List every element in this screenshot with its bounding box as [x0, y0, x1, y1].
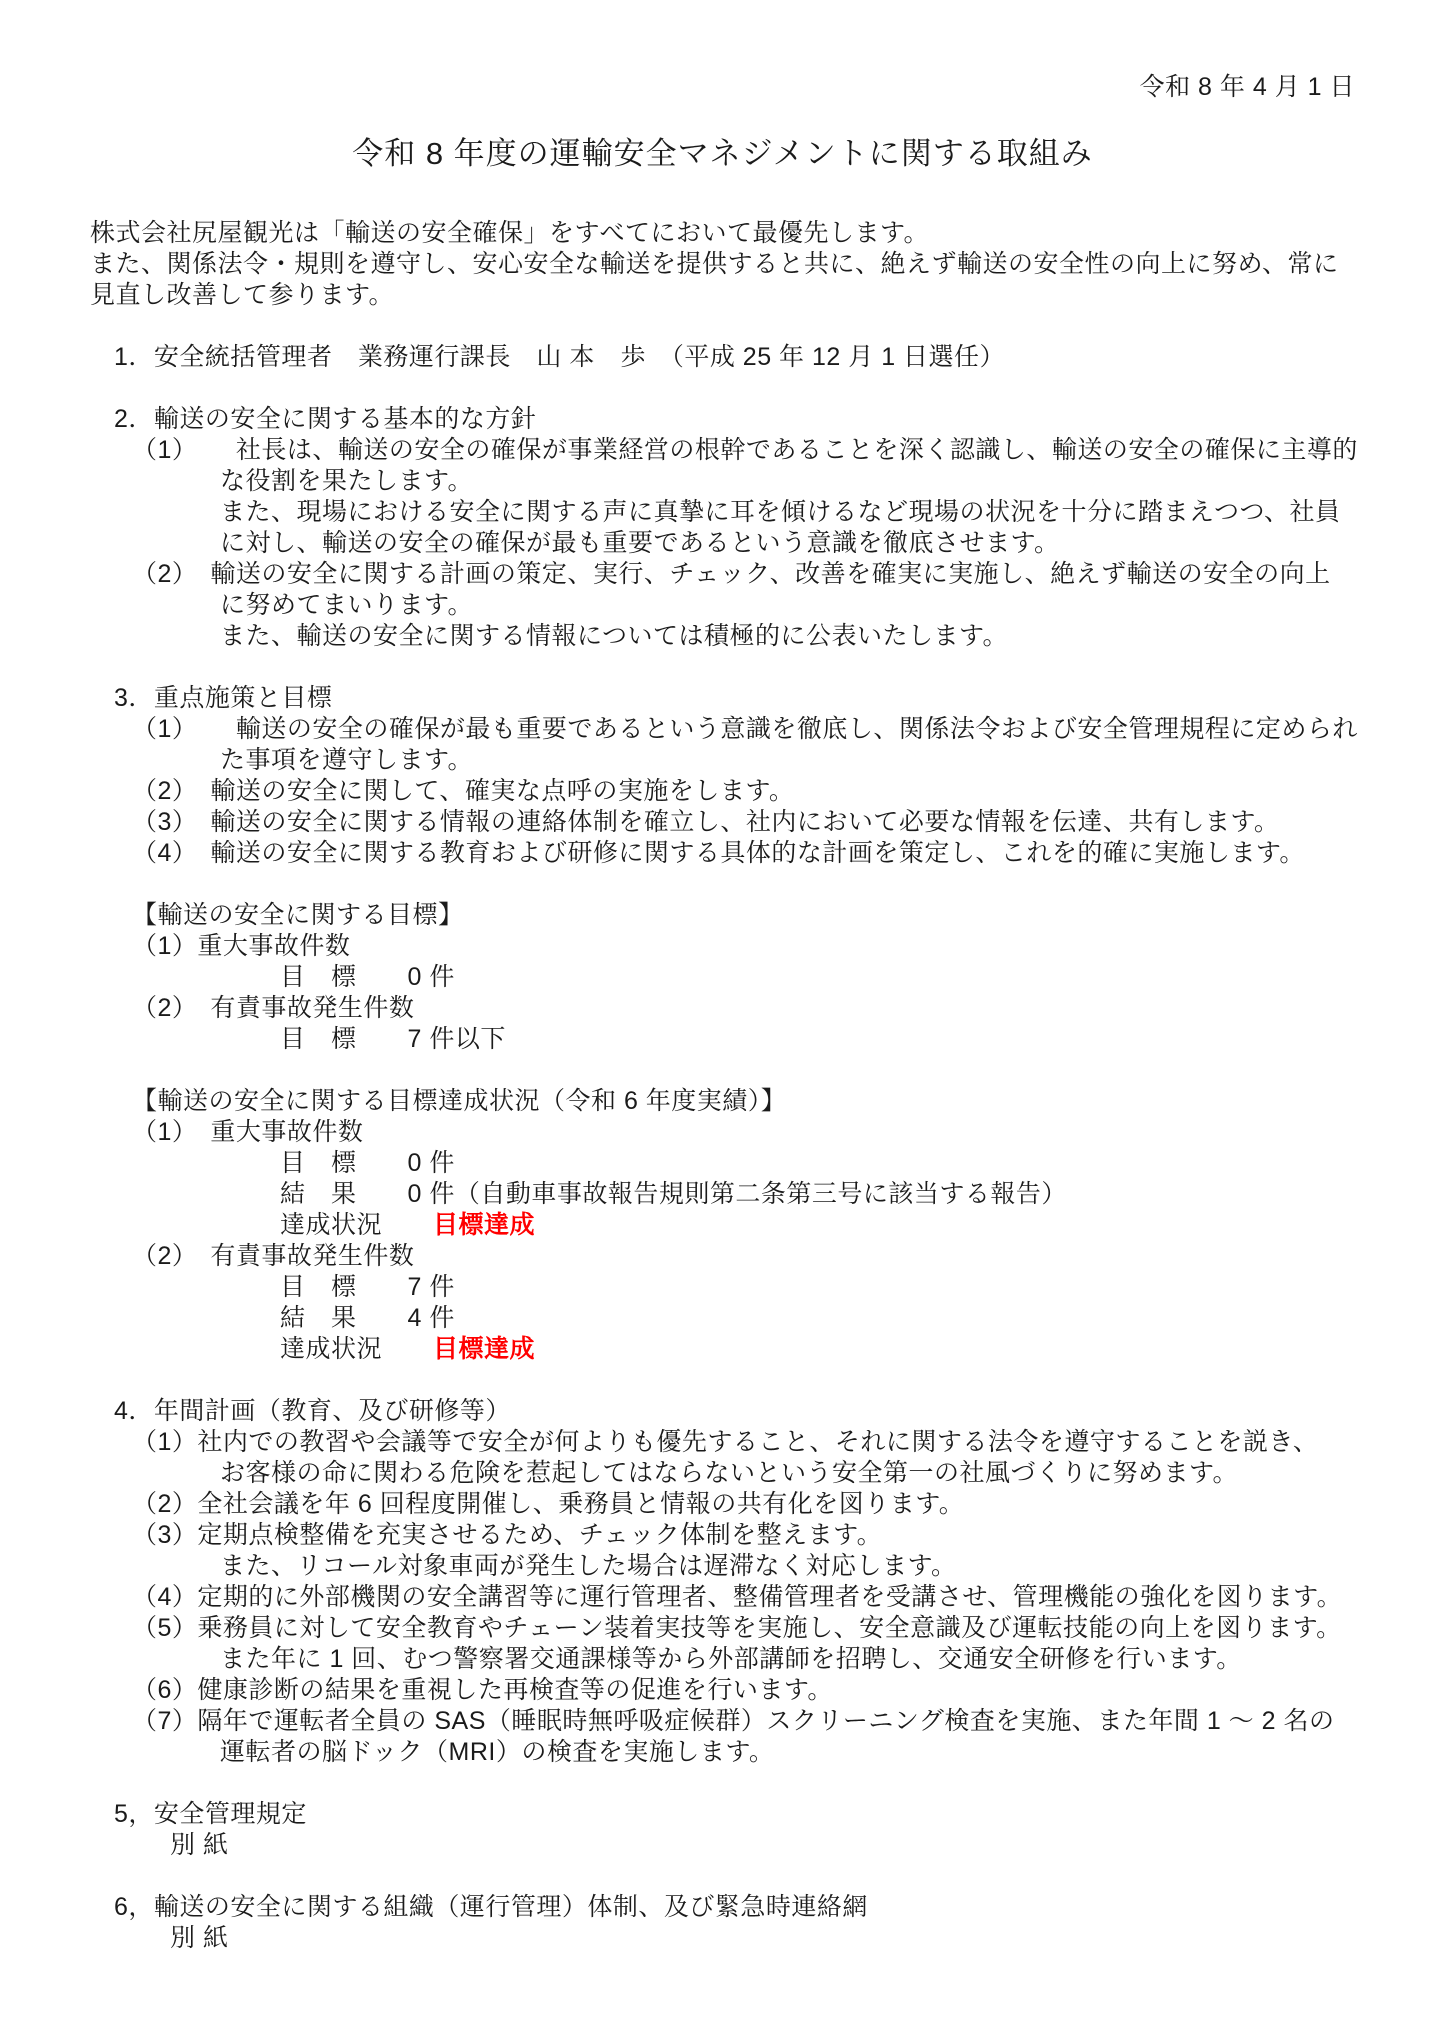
- result1-result: 結 果 0 件（自動車事故報告規則第二条第三号に該当する報告）: [90, 1179, 1355, 1210]
- section4-item7-line1: （7）隔年で運転者全員の SAS（睡眠時無呼吸症候群）スクリーニング検査を実施、…: [90, 1706, 1355, 1737]
- spacer: [90, 1365, 1355, 1396]
- section4-item5-line2: また年に 1 回、むつ警察署交通課様等から外部講師を招聘し、交通安全研修を行いま…: [90, 1644, 1355, 1675]
- section4-item6: （6）健康診断の結果を重視した再検査等の促進を行います。: [90, 1675, 1355, 1706]
- spacer: [90, 103, 1355, 134]
- result2-status-label: 達成状況: [280, 1335, 433, 1363]
- section6-attachment: 別 紙: [90, 1923, 1355, 1954]
- result2-name: （2） 有責事故発生件数: [90, 1241, 1355, 1272]
- intro-line-3: 見直し改善して参ります。: [90, 280, 1355, 311]
- safety-goals-header: 【輸送の安全に関する目標】: [90, 900, 1355, 931]
- section5-heading: 5，安全管理規定: [90, 1799, 1355, 1830]
- section4-item5-line1: （5）乗務員に対して安全教育やチェーン装着実技等を実施し、安全意識及び運転技能の…: [90, 1613, 1355, 1644]
- result2-status-value: 目標達成: [433, 1335, 535, 1363]
- section3-item3: （3） 輸送の安全に関する情報の連絡体制を確立し、社内において必要な情報を伝達、…: [90, 807, 1355, 838]
- intro-line-2: また、関係法令・規則を遵守し、安心安全な輸送を提供すると共に、絶えず輸送の安全性…: [90, 249, 1355, 280]
- section4-heading: 4．年間計画（教育、及び研修等）: [90, 1396, 1355, 1427]
- section3-item2: （2） 輸送の安全に関して、確実な点呼の実施をします。: [90, 776, 1355, 807]
- document-page: 令和 8 年 4 月 1 日 令和 8 年度の運輸安全マネジメントに関する取組み…: [0, 0, 1440, 2035]
- spacer: [90, 174, 1355, 218]
- section3-item1-line2: た事項を遵守します。: [90, 745, 1355, 776]
- document-date: 令和 8 年 4 月 1 日: [90, 72, 1355, 103]
- document-title: 令和 8 年度の運輸安全マネジメントに関する取組み: [90, 134, 1355, 174]
- spacer: [90, 1768, 1355, 1799]
- section4-item2: （2）全社会議を年 6 回程度開催し、乗務員と情報の共有化を図ります。: [90, 1489, 1355, 1520]
- result1-target: 目 標 0 件: [90, 1148, 1355, 1179]
- spacer: [90, 1861, 1355, 1892]
- section3-heading: 3．重点施策と目標: [90, 683, 1355, 714]
- section1-heading: 1．安全統括管理者 業務運行課長 山 本 歩 （平成 25 年 12 月 1 日…: [90, 342, 1355, 373]
- section4-item1-line2: お客様の命に関わる危険を惹起してはならないという安全第一の社風づくりに努めます。: [90, 1458, 1355, 1489]
- section2-item2-line2: に努めてまいります。: [90, 590, 1355, 621]
- result1-status-label: 達成状況: [280, 1211, 433, 1239]
- result1-status-value: 目標達成: [433, 1211, 535, 1239]
- spacer: [90, 652, 1355, 683]
- section3-item4: （4） 輸送の安全に関する教育および研修に関する具体的な計画を策定し、これを的確…: [90, 838, 1355, 869]
- spacer: [90, 1055, 1355, 1086]
- spacer: [90, 869, 1355, 900]
- section4-item7-line2: 運転者の脳ドック（MRI）の検査を実施します。: [90, 1737, 1355, 1768]
- goal2-name: （2） 有責事故発生件数: [90, 993, 1355, 1024]
- section2-item1-line3: また、現場における安全に関する声に真摯に耳を傾けるなど現場の状況を十分に踏まえつ…: [90, 497, 1355, 528]
- intro-line-1: 株式会社尻屋観光は「輸送の安全確保」をすべてにおいて最優先します。: [90, 218, 1355, 249]
- spacer: [90, 373, 1355, 404]
- results-header: 【輸送の安全に関する目標達成状況（令和 6 年度実績）】: [90, 1086, 1355, 1117]
- section4-item4: （4）定期的に外部機関の安全講習等に運行管理者、整備管理者を受講させ、管理機能の…: [90, 1582, 1355, 1613]
- spacer: [90, 311, 1355, 342]
- section4-item3-line1: （3）定期点検整備を充実させるため、チェック体制を整えます。: [90, 1520, 1355, 1551]
- section2-heading: 2．輸送の安全に関する基本的な方針: [90, 404, 1355, 435]
- goal1-name: （1）重大事故件数: [90, 931, 1355, 962]
- section4-item1-line1: （1）社内での教習や会議等で安全が何よりも優先すること、それに関する法令を遵守す…: [90, 1427, 1355, 1458]
- section3-item1-line1: （1） 輸送の安全の確保が最も重要であるという意識を徹底し、関係法令および安全管…: [90, 714, 1355, 745]
- section5-attachment: 別 紙: [90, 1830, 1355, 1861]
- goal2-target: 目 標 7 件以下: [90, 1024, 1355, 1055]
- result2-target: 目 標 7 件: [90, 1272, 1355, 1303]
- section2-item1-line1: （1） 社長は、輸送の安全の確保が事業経営の根幹であることを深く認識し、輸送の安…: [90, 435, 1355, 466]
- section2-item1-line4: に対し、輸送の安全の確保が最も重要であるという意識を徹底させます。: [90, 528, 1355, 559]
- section2-item2-line1: （2） 輸送の安全に関する計画の策定、実行、チェック、改善を確実に実施し、絶えず…: [90, 559, 1355, 590]
- result1-name: （1） 重大事故件数: [90, 1117, 1355, 1148]
- section2-item1-line2: な役割を果たします。: [90, 466, 1355, 497]
- section4-item3-line2: また、リコール対象車両が発生した場合は遅滞なく対応します。: [90, 1551, 1355, 1582]
- result2-result: 結 果 4 件: [90, 1303, 1355, 1334]
- section2-item2-line3: また、輸送の安全に関する情報については積極的に公表いたします。: [90, 621, 1355, 652]
- result2-status-line: 達成状況 目標達成: [90, 1334, 1355, 1365]
- result1-status-line: 達成状況 目標達成: [90, 1210, 1355, 1241]
- section6-heading: 6，輸送の安全に関する組織（運行管理）体制、及び緊急時連絡網: [90, 1892, 1355, 1923]
- goal1-target: 目 標 0 件: [90, 962, 1355, 993]
